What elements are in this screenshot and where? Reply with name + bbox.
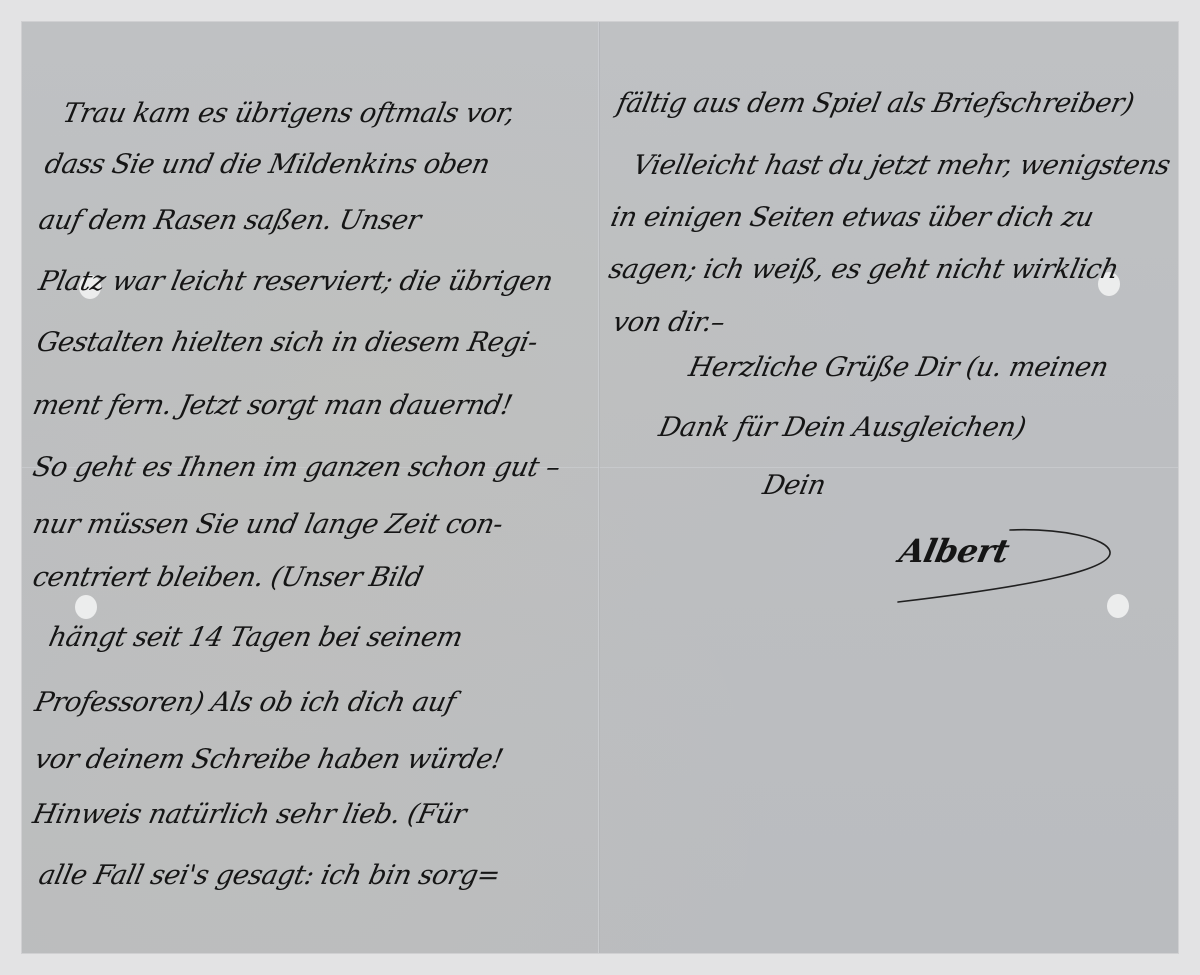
handwritten-line: centriert bleiben. (Unser Bild [30, 562, 426, 593]
closing-line: Herzliche Grüße Dir (u. meinen [686, 352, 1111, 383]
handwritten-line: alle Fall sei's gesagt: ich bin sorg= [36, 860, 503, 891]
handwritten-line: Gestalten hielten sich in diesem Regi- [34, 327, 540, 358]
handwritten-line: Vielleicht hast du jetzt mehr, wenigsten… [630, 150, 1173, 181]
signature-flourish-icon [890, 522, 1130, 612]
handwritten-line: hängt seit 14 Tagen bei seinem [46, 622, 465, 653]
handwritten-line: So geht es Ihnen im ganzen schon gut – [30, 452, 563, 483]
closing-line: Dank für Dein Ausgleichen) [656, 412, 1028, 443]
right-page: fältig aus dem Spiel als Briefschreiber)… [600, 22, 1178, 953]
valediction: Dein [760, 470, 828, 501]
handwritten-line: in einigen Seiten etwas über dich zu [608, 202, 1096, 233]
handwritten-line: Hinweis natürlich sehr lieb. (Für [30, 799, 469, 830]
letter-sheet: Trau kam es übrigens oftmals vor, dass S… [22, 22, 1178, 953]
handwritten-line: auf dem Rasen saßen. Unser [36, 205, 423, 236]
handwritten-line: von dir.– [610, 307, 728, 338]
handwritten-line: Professoren) Als ob ich dich auf [32, 687, 458, 718]
handwritten-line: sagen; ich weiß, es geht nicht wirklich [606, 254, 1121, 285]
handwritten-line: fältig aus dem Spiel als Briefschreiber) [614, 88, 1137, 119]
handwritten-line: Trau kam es übrigens oftmals vor, [60, 98, 517, 129]
handwritten-line: nur müssen Sie und lange Zeit con- [30, 509, 506, 540]
handwritten-line: ment fern. Jetzt sorgt man dauernd! [30, 390, 515, 421]
handwritten-line: Platz war leicht reserviert; die übrigen [36, 266, 555, 297]
left-page: Trau kam es übrigens oftmals vor, dass S… [22, 22, 598, 953]
handwritten-line: vor deinem Schreibe haben würde! [32, 744, 506, 775]
handwritten-line: dass Sie und die Mildenkins oben [42, 149, 492, 180]
